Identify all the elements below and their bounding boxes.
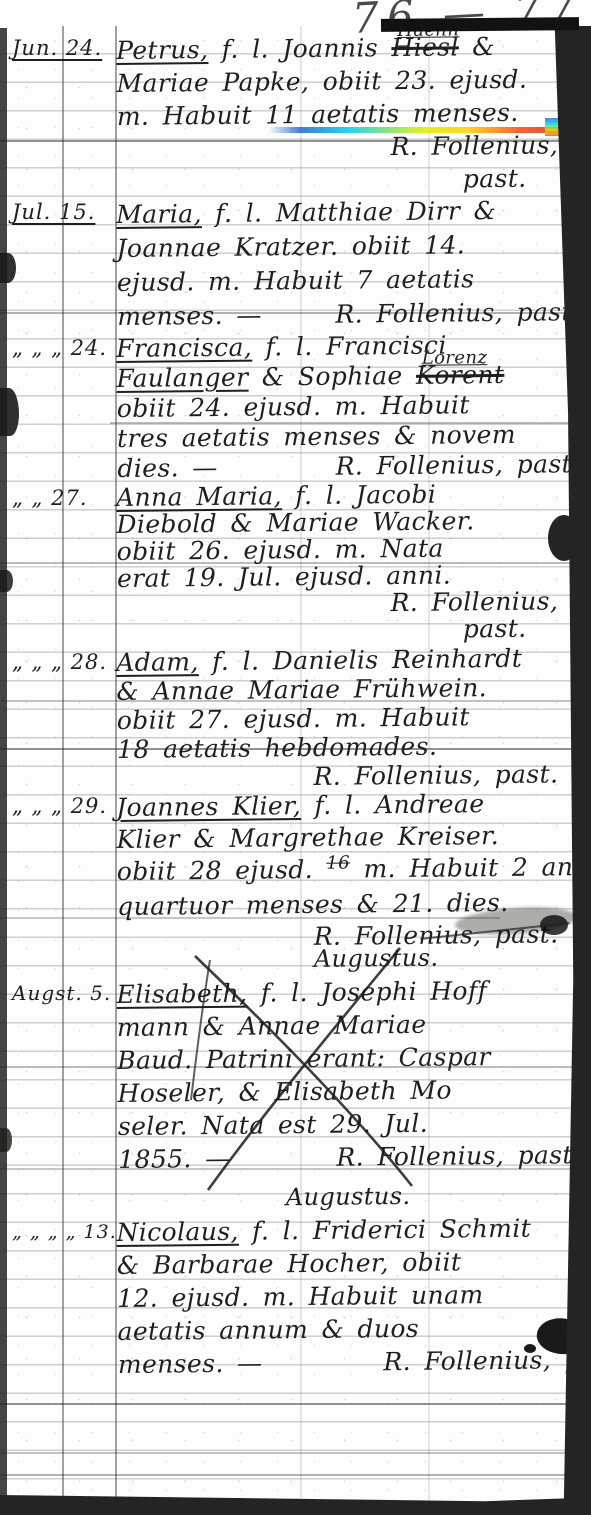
entry-date: „ „ „ 24. [12, 336, 116, 360]
entry-line: Francisca, f. l. Francisci [116, 329, 583, 364]
rule-line [0, 1452, 591, 1454]
entry-name: Anna Maria, [116, 481, 282, 512]
scan-edge-blob [0, 388, 19, 436]
pastor-signature: R. Follenius, past. [335, 449, 580, 482]
entry-text: f. l. Danielis Reinhardt [212, 644, 522, 676]
entry-date: „ „ 27. [12, 486, 116, 510]
entry-line: Klier & Margrethae Kreiser. [116, 819, 583, 856]
entry-name: Nicolaus, [116, 1217, 239, 1247]
entry-name: Maria, [116, 199, 202, 229]
entry-text: menses. — [117, 298, 262, 334]
scan-edge-blob [0, 253, 16, 283]
entry-line: Maria, f. l. Matthiae Dirr & [116, 193, 583, 232]
entry-text: obiit 28 ejusd. [117, 855, 314, 886]
entry-date: „ „ „ 29. [12, 794, 116, 818]
pastor-signature: R. Follenius, past. [335, 295, 580, 332]
register-entry: „ „ „ 24. Francisca, f. l. Francisci Fau… [0, 334, 591, 484]
register-entry: Jul. 15. Maria, f. l. Matthiae Dirr & Jo… [0, 198, 591, 334]
entry-line: menses. —R. Follenius, p [118, 1343, 585, 1381]
entry-line: obiit 24. ejusd. m. Habuit [117, 389, 584, 424]
scan-edge-notch [548, 515, 580, 561]
register-entry: Jun. 24. Petrus, f. l. Joannis HieslHaeh… [0, 34, 591, 199]
entry-line: Adam, f. l. Danielis Reinhardt [116, 643, 583, 677]
entry-line: aetatis annum & duos [117, 1310, 584, 1348]
entry-date: Jun. 24. [12, 36, 116, 60]
scan-edge-top [381, 17, 579, 32]
entry-line: Nicolaus, f. l. Friderici Schmit [116, 1211, 583, 1249]
pastor-title: past. [117, 614, 584, 646]
entry-name: Joannes Klier, [116, 791, 301, 822]
entry-text: f. l. Matthiae Dirr & [215, 196, 496, 228]
correction: KorentLorenz [416, 360, 505, 391]
entry-name: Petrus, [116, 35, 208, 65]
entry-name: Adam, [116, 647, 199, 677]
rule-line [0, 1403, 591, 1405]
pastor-signature: R. Follenius, [117, 128, 584, 166]
register-entry: „ „ „ 28. Adam, f. l. Danielis Reinhardt… [0, 648, 591, 793]
entry-line: Joannes Klier, f. l. Andreae [116, 787, 583, 824]
entry-line: & Barbarae Hocher, obiit [117, 1244, 584, 1282]
entry-line: Petrus, f. l. Joannis HieslHaehn & [116, 29, 583, 67]
entry-line: Mariae Papke, obiit 23. ejusd. [116, 62, 583, 100]
entry-text: f. l. Francisci [265, 331, 447, 362]
entry-date: „ „ „ 28. [12, 650, 116, 674]
entry-line: obiit 28 ejusd. 16 m. Habuit 2 annos [117, 851, 584, 891]
entry-text: m. Habuit 2 annos [363, 852, 591, 884]
entry-text: & Sophiae [262, 361, 403, 391]
entry-date: Jul. 15. [12, 200, 116, 224]
entry-date: Augst. 5. [12, 981, 116, 1005]
scan-edge-left [0, 28, 7, 1515]
entry-text: dies. — [117, 453, 218, 484]
entry-line: Faulanger & Sophiae KorentLorenz [116, 359, 583, 394]
entry-line: Joannae Kratzer. obiit 14. [116, 227, 583, 266]
entry-date: „ „ „ „ 13. [12, 1221, 116, 1243]
color-artifact [268, 127, 591, 133]
ink-blot [524, 1344, 536, 1353]
inserted-word: Lorenz [422, 343, 488, 374]
register-entry: „ „ „ „ 13. Augustus. Nicolaus, f. l. Fr… [0, 1183, 591, 1381]
entry-line: 12. ejusd. m. Habuit unam [117, 1277, 584, 1315]
scan-edge-blob [0, 570, 13, 592]
entry-line: menses. —R. Follenius, past. [117, 295, 584, 334]
entry-line: ejusd. m. Habuit 7 aetatis [117, 261, 584, 300]
entry-name: Francisca, [116, 333, 252, 363]
register-entry: „ „ 27. Anna Maria, f. l. Jacobi Diebold… [0, 484, 591, 646]
crossout-mark [150, 938, 450, 1198]
scan-edge-blob [0, 1128, 12, 1152]
entry-text: f. l. Jacobi [295, 480, 436, 510]
entry-name: Faulanger [116, 363, 248, 393]
rule-line [0, 1474, 591, 1476]
inserted-word: 16 [326, 848, 350, 880]
entry-line: tres aetatis menses & novem [117, 419, 584, 454]
document-scan: 76 — 77 Jun. 24. Petrus, f. l. Joannis H… [0, 0, 591, 1515]
entry-text: f. l. Andreae [314, 789, 484, 820]
entry-line: dies. —R. Follenius, past. [117, 449, 584, 484]
entry-text: f. l. Friderici Schmit [252, 1214, 531, 1246]
entry-text: menses. — [118, 1346, 263, 1381]
